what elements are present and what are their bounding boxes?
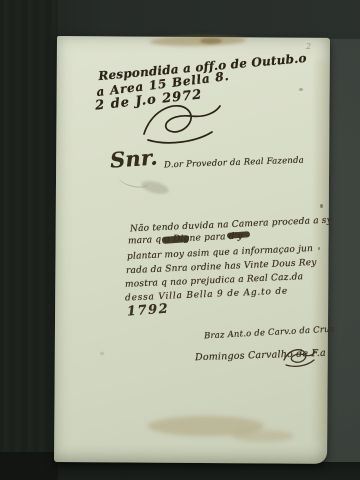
- manuscript-photo: 2 Respondida a off.o de Outub.o a Area 1…: [0, 0, 360, 480]
- rubric-flourish-icon: [138, 98, 224, 148]
- date-year: 1792: [127, 302, 170, 320]
- salutation-initial: Snr.: [109, 144, 158, 172]
- page-number: 2: [306, 42, 311, 51]
- backdrop-bottom-left-seam: [0, 452, 58, 480]
- backdrop-left-band: [0, 0, 58, 480]
- signature-rubric-icon: [281, 344, 317, 370]
- backdrop-bottom-band: [56, 462, 360, 480]
